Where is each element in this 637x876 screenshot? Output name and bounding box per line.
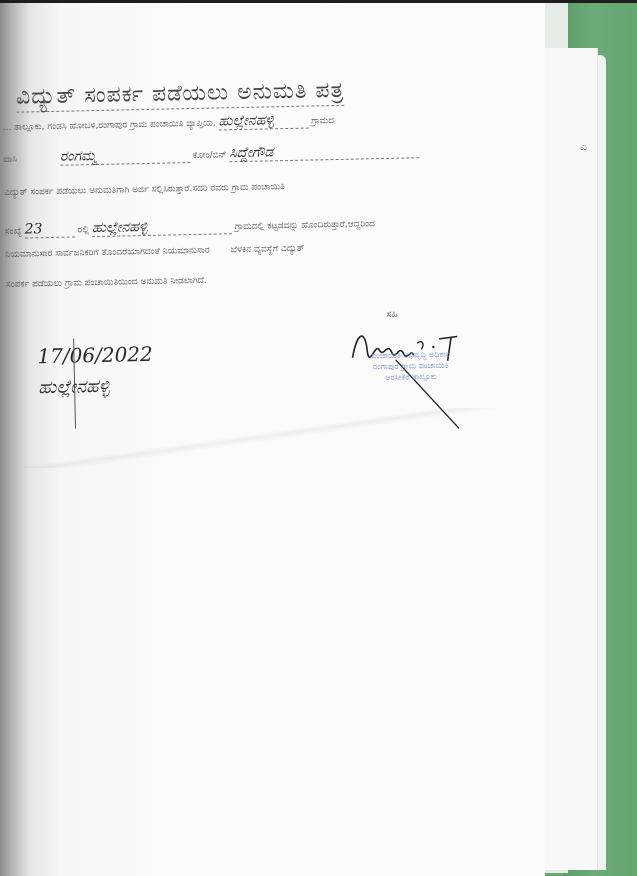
- document-title: ವಿದ್ಯುತ್ ಸಂಪರ್ಕ ಪಡೆಯಲು ಅನುಮತಿ ಪತ್ರ: [16, 78, 345, 113]
- body-line-2: ವಾಸಿ ರಂಗಮ್ಮ ಕೋಂ/ಬಿನ್ ಸಿದ್ದೇಗೌಡ: [3, 141, 419, 167]
- body-line-3: ವಿದ್ಯುತ್ ಸಂಪರ್ಕ ಪಡೆಯಲು ಅನುಮತಿಗಾಗಿ ಅರ್ಜಿ …: [4, 182, 285, 198]
- document-content: ವಿದ್ಯುತ್ ಸಂಪರ್ಕ ಪಡೆಯಲು ಅನುಮತಿ ಪತ್ರ ... ತ…: [0, 0, 563, 876]
- property-number-field: 23: [24, 220, 74, 238]
- back-sheet-mark: ಎ: [580, 140, 587, 154]
- village-field: ಹುಲ್ಲೇನಹಳ್ಳಿ: [218, 112, 308, 131]
- body-line-1: ... ತಾಲ್ಲೂಕು, ಗಂಡಸಿ ಹೋಬಳಿ,ರಂಗಾಪುರ ಗ್ರಾಮ …: [2, 111, 334, 135]
- body-line-6: ಸಂಪರ್ಕ ಪಡೆಯಲು ಗ್ರಾಮ ಪಂಚಾಯಿತಿಯಿಂದ ಅನುಮತಿ …: [6, 276, 207, 290]
- official-stamp: ಪಂಚಾಯಿತಿ ಅಭಿವೃದ್ಧಿ ಅಧಿಕಾರಿ ರಂಗಾಪುರ ಗ್ರಾಮ…: [325, 348, 496, 385]
- applicant-name-field: ರಂಗಮ್ಮ: [60, 146, 190, 166]
- body-line-4: ಸಂಖ್ಯೆ 23 ರಲ್ಲಿ ಹುಲ್ಲೇನಹಳ್ಳಿ ಗ್ರಾಮದಲ್ಲಿ …: [5, 214, 375, 239]
- issue-place: ಹುಲ್ಲೇನಹಳ್ಳಿ: [38, 376, 110, 398]
- signature-label: ಸಹಿ: [387, 310, 398, 320]
- property-village-field: ಹುಲ್ಲೇನಹಳ್ಳಿ: [92, 217, 232, 237]
- relative-name-field: ಸಿದ್ದೇಗೌಡ: [229, 141, 419, 162]
- body-line-5: ನಿಯಮಾನುಸಾರ ಸಾರ್ವಜನಿಕರಿಗೆ ತೊಂದರೆಯಾಗದಂತೆ ನ…: [5, 244, 304, 260]
- issue-date: 17/06/2022: [37, 342, 153, 368]
